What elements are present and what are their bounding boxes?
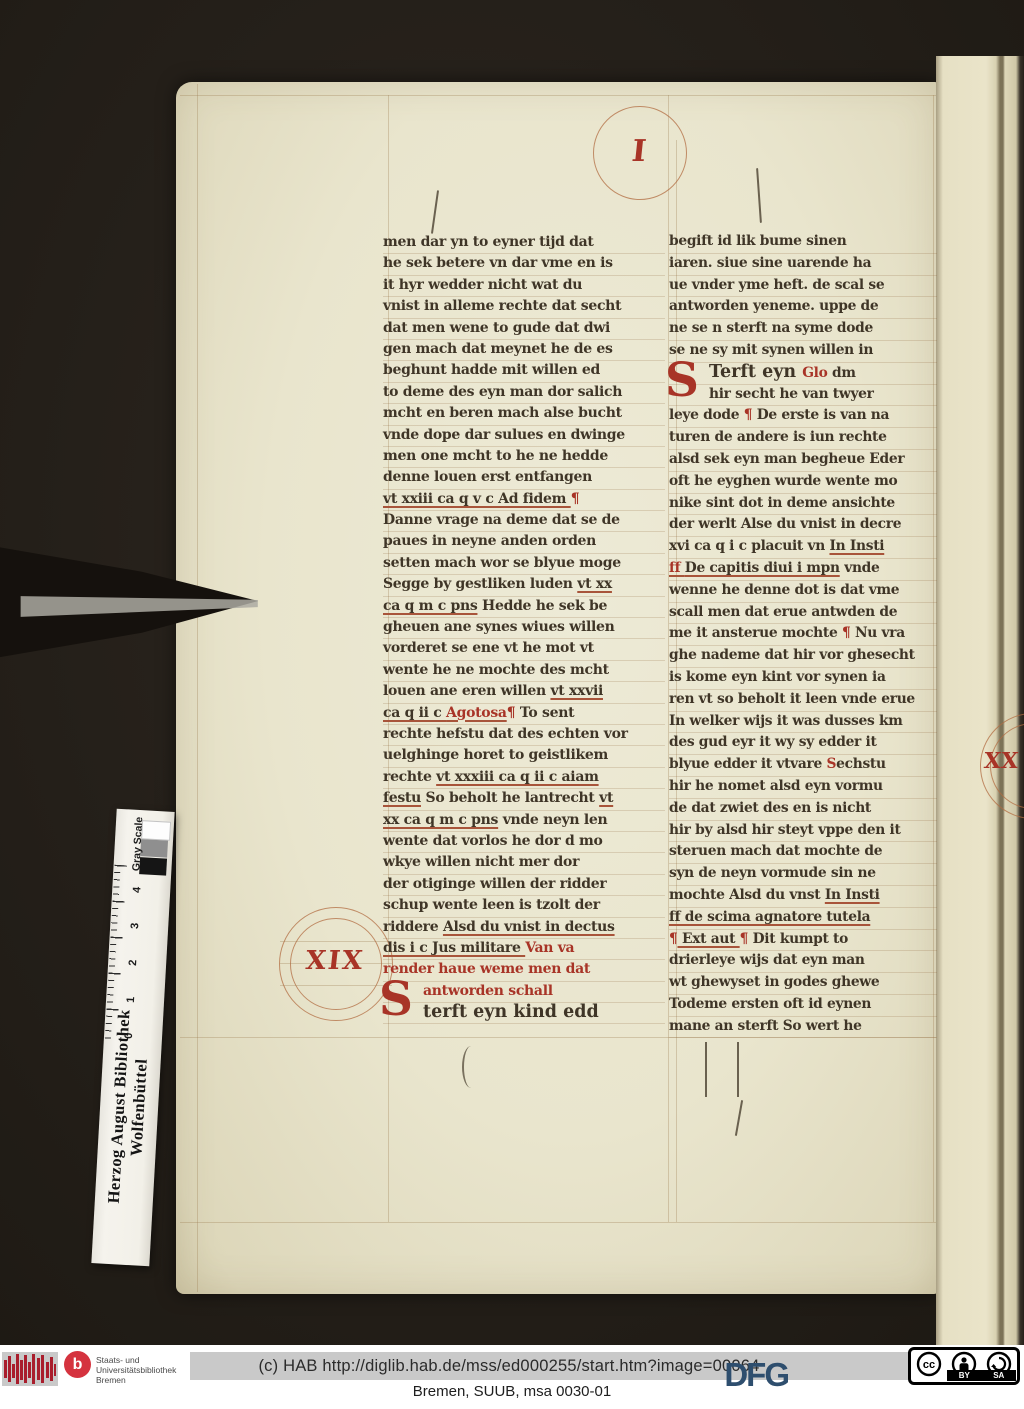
org-line-1: Staats- und — [96, 1355, 176, 1365]
manuscript-line: rechte hefstu dat des echten vor — [383, 724, 665, 745]
manuscript-line: leye dode ¶ De erste is van na — [669, 405, 937, 427]
manuscript-line: wente dat vorlos he dor d mo — [383, 831, 665, 852]
manuscript-line: Segge by gestliken luden vt xx — [383, 574, 665, 595]
manuscript-line: der werlt Alse du vnist in decre — [669, 514, 937, 536]
manuscript-line: it hyr wedder nicht wat du — [383, 275, 665, 296]
gray-patch-mid — [140, 839, 168, 857]
manuscript-line: setten mach wor se blyue moge — [383, 553, 665, 574]
manuscript-line: ghe nademe dat hir vor ghesecht — [669, 645, 937, 667]
manuscript-line: vnist in alleme rechte dat secht — [383, 296, 665, 317]
manuscript-line: begift id lik bume sinen — [669, 231, 937, 253]
manuscript-line: he sek betere vn dar vme en is — [383, 253, 665, 274]
ruling-line — [280, 985, 392, 986]
manuscript-line: ff de scima agnatore tutela — [669, 907, 937, 929]
manuscript-line: hir he nomet alsd eyn vormu — [669, 776, 937, 798]
manuscript-line: ca q m c pns Hedde he sek be — [383, 596, 665, 617]
shelfmark-caption: Bremen, SUUB, msa 0030-01 — [0, 1383, 1024, 1400]
manuscript-line: wente he ne mochte des mcht — [383, 660, 665, 681]
bremen-bars-logo — [2, 1352, 58, 1386]
drop-cap-initial: S — [665, 359, 699, 403]
manuscript-line: hir secht he van twyer — [669, 384, 937, 406]
manuscript-line: scall men dat erue antwden de — [669, 602, 937, 624]
attribution-url: (c) HAB http://diglib.hab.de/mss/ed00025… — [258, 1357, 759, 1376]
manuscript-line: wkye willen nicht mer dor — [383, 852, 665, 873]
manuscript-line: ren vt so beholt it leen vnde erue — [669, 689, 937, 711]
page-holder-clamp — [0, 540, 258, 662]
ruling-line — [280, 941, 392, 942]
cc-sa-label: SA — [993, 1371, 1004, 1381]
ink-flourish — [705, 1042, 707, 1097]
ruling-line — [180, 1222, 936, 1223]
manuscript-line: des gud eyr it wy sy edder it — [669, 732, 937, 754]
manuscript-line: nike sint dot in deme ansichte — [669, 493, 937, 515]
manuscript-line: men dar yn to eyner tijd dat — [383, 232, 665, 253]
manuscript-line: ue vnder yme heft. de scal se — [669, 275, 937, 297]
cc-icon: cc — [916, 1351, 942, 1377]
bremen-org-name: Staats- und Universitätsbibliothek Breme… — [96, 1355, 176, 1385]
manuscript-line: Danne vrage na deme dat se de — [383, 510, 665, 531]
manuscript-line: Terft eyn Glo dm — [669, 362, 937, 384]
manuscript-line: oft he eyghen wurde wente mo — [669, 471, 937, 493]
digitized-manuscript-frame: { "photo": { "page_color": "#e9e5cd", "b… — [0, 0, 1024, 1409]
manuscript-line: wt ghewyset in godes ghewe — [669, 972, 937, 994]
manuscript-line: se ne sy mit synen willen in — [669, 340, 937, 362]
scale-number: 4 — [131, 873, 146, 894]
manuscript-line: dis i c Jus militare Van va — [383, 938, 665, 959]
manuscript-line: render haue weme men dat — [383, 959, 665, 980]
ink-flourish — [462, 1046, 480, 1088]
manuscript-line: mane an sterft So wert he — [669, 1016, 937, 1038]
ruling-line — [180, 95, 936, 96]
manuscript-line: to deme des eyn man dor salich — [383, 382, 665, 403]
manuscript-line: Todeme ersten oft id eynen — [669, 994, 937, 1016]
manuscript-line: der otiginge willen der ridder — [383, 874, 665, 895]
manuscript-line: rechte vt xxxiii ca q ii c aiam — [383, 767, 665, 788]
manuscript-line: de dat zwiet des en is nicht — [669, 798, 937, 820]
manuscript-line: drierleye wijs dat eyn man — [669, 950, 937, 972]
manuscript-line: vorderet se ene vt he mot vt — [383, 638, 665, 659]
cc-by-label: BY — [959, 1371, 970, 1381]
manuscript-line: vt xxiii ca q v c Ad fidem ¶ — [383, 489, 665, 510]
manuscript-line: antworden yeneme. uppe de — [669, 296, 937, 318]
attribution-bar: b Staats- und Universitätsbibliothek Bre… — [0, 1345, 1024, 1409]
manuscript-line: me it ansterue mochte ¶ Nu vra — [669, 623, 937, 645]
svg-text:cc: cc — [923, 1359, 935, 1371]
manuscript-line: mochte Alsd du vnst In Insti — [669, 885, 937, 907]
manuscript-line: beghunt hadde mit willen ed — [383, 360, 665, 381]
org-line-2: Universitätsbibliothek — [96, 1365, 176, 1375]
manuscript-line: riddere Alsd du vnist in dectus — [383, 917, 665, 938]
text-column-right: begift id lik bume sineniaren. siue sine… — [669, 231, 937, 1037]
bremen-b-letter: b — [73, 1356, 83, 1374]
manuscript-line: turen de andere is iun rechte — [669, 427, 937, 449]
ruling-line — [197, 84, 198, 1292]
bremen-b-logo: b — [64, 1351, 91, 1378]
manuscript-line: is kome eyn kint vor synen ia — [669, 667, 937, 689]
drop-cap-initial: S — [379, 978, 413, 1022]
manuscript-line: ca q ii c Agotosa¶ To sent — [383, 703, 665, 724]
library-name: Herzog August Bibliothek Wolfenbüttel — [94, 951, 165, 1264]
manuscript-line: ¶ Ext aut ¶ Dit kumpt to — [669, 929, 937, 951]
manuscript-line: syn de neyn vormude sin ne — [669, 863, 937, 885]
manuscript-line: alsd sek eyn man begheue Eder — [669, 449, 937, 471]
gray-patch-white — [141, 820, 171, 841]
book-page-edges — [936, 56, 1024, 1346]
cc-license-badge: cc BY SA — [908, 1347, 1020, 1385]
manuscript-line: denne louen erst entfangen — [383, 467, 665, 488]
next-page-numeral: XX — [983, 748, 1024, 774]
manuscript-line: In welker wijs it was dusses km — [669, 711, 937, 733]
manuscript-line: louen ane eren willen vt xxvii — [383, 681, 665, 702]
manuscript-line: schup wente leen is tzolt der — [383, 895, 665, 916]
cc-badge-labels: BY SA — [947, 1370, 1016, 1381]
manuscript-line: hir by alsd hir steyt vppe den it — [669, 820, 937, 842]
manuscript-line: xvi ca q i c placuit vn In Insti — [669, 536, 937, 558]
manuscript-line: steruen mach dat mochte de — [669, 841, 937, 863]
manuscript-line: blyue edder it vtvare Sechstu — [669, 754, 937, 776]
manuscript-line: dat men wene to gude dat dwi — [383, 318, 665, 339]
manuscript-line: mcht en beren mach alse bucht — [383, 403, 665, 424]
manuscript-line: antworden schall — [383, 981, 665, 1002]
manuscript-line: gheuen ane synes wiues willen — [383, 617, 665, 638]
photo-background: I XIX XX men dar yn to eyner tijd dathe … — [0, 0, 1024, 1345]
manuscript-line: men one mcht to he ne hedde — [383, 446, 665, 467]
ink-flourish — [737, 1042, 739, 1097]
manuscript-line: paues in neyne anden orden — [383, 531, 665, 552]
manuscript-line: gen mach dat meynet he de es — [383, 339, 665, 360]
scale-number: 3 — [129, 909, 144, 930]
gray-scale-strip: Gray Scale 43210 Herzog August Bibliothe… — [91, 809, 174, 1267]
manuscript-line: vnde dope dar sulues en dwinge — [383, 425, 665, 446]
attribution-strip: (c) HAB http://diglib.hab.de/mss/ed00025… — [190, 1352, 908, 1380]
quire-numeral: XIX — [277, 946, 392, 976]
manuscript-line: xx ca q m c pns vnde neyn len — [383, 810, 665, 831]
manuscript-line: iaren. siue sine uarende ha — [669, 253, 937, 275]
bremen-bars-icon — [2, 1352, 58, 1386]
manuscript-line: ff De capitis diui i mpn vnde — [669, 558, 937, 580]
manuscript-line: ne se n sterft na syme dode — [669, 318, 937, 340]
folio-numeral-top: I — [591, 134, 687, 169]
manuscript-line: terft eyn kind edd — [383, 1002, 665, 1023]
text-column-left: men dar yn to eyner tijd dathe sek beter… — [383, 232, 665, 1023]
manuscript-line: wenne he denne dot is dat vme — [669, 580, 937, 602]
manuscript-line: festu So beholt he lantrecht vt — [383, 788, 665, 809]
manuscript-line: uelghinge horet to geistlikem — [383, 745, 665, 766]
